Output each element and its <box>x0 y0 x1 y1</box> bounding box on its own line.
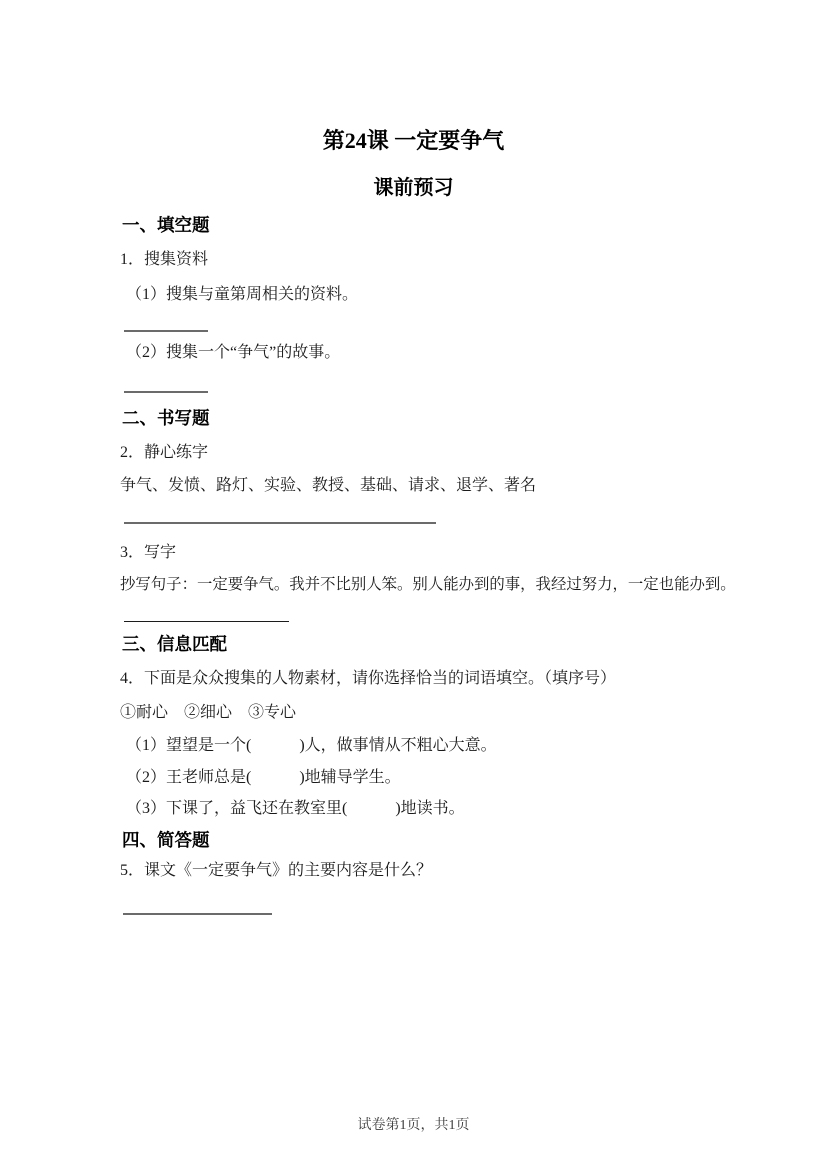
question-item: （2）搜集一个“争气”的故事。 <box>126 343 340 362</box>
question-item: 5．课文《一定要争气》的主要内容是什么？ <box>120 861 432 880</box>
question-item: 2．静心练字 <box>120 443 208 462</box>
worksheet-page: 第24课 一定要争气 课前预习 一、填空题 1．搜集资料 （1）搜集与童第周相关… <box>0 0 827 1169</box>
section-heading-short-answer: 四、简答题 <box>122 831 210 852</box>
section-heading-writing: 二、书写题 <box>122 409 210 430</box>
section-heading-matching: 三、信息匹配 <box>122 635 227 656</box>
option-list: ①耐心 ②细心 ③专心 <box>120 703 296 722</box>
question-item: （2）王老师总是( )地辅导学生。 <box>126 768 401 787</box>
answer-blank <box>124 621 289 622</box>
section-heading-fill-in-blank: 一、填空题 <box>122 216 210 237</box>
question-item: （1）望望是一个( )人，做事情从不粗心大意。 <box>126 736 497 755</box>
page-footer: 试卷第1页，共1页 <box>0 1118 827 1135</box>
question-item: 4．下面是众众搜集的人物素材，请你选择恰当的词语填空。（填序号） <box>120 669 616 688</box>
answer-blank <box>124 522 436 524</box>
question-item: （3）下课了，益飞还在教室里( )地读书。 <box>126 799 465 818</box>
question-item: 3．写字 <box>120 543 176 562</box>
answer-blank <box>124 330 208 332</box>
answer-blank <box>123 913 272 915</box>
question-item: （1）搜集与童第周相关的资料。 <box>126 285 358 304</box>
page-subtitle: 课前预习 <box>0 176 827 200</box>
answer-blank <box>124 391 208 393</box>
question-item: 1．搜集资料 <box>120 250 208 269</box>
copy-sentence: 抄写句子：一定要争气。我并不比别人笨。别人能办到的事，我经过努力，一定也能办到。 <box>120 576 736 594</box>
word-list: 争气、发愤、路灯、实验、教授、基础、请求、退学、著名 <box>120 476 536 495</box>
page-title: 第24课 一定要争气 <box>0 128 827 154</box>
